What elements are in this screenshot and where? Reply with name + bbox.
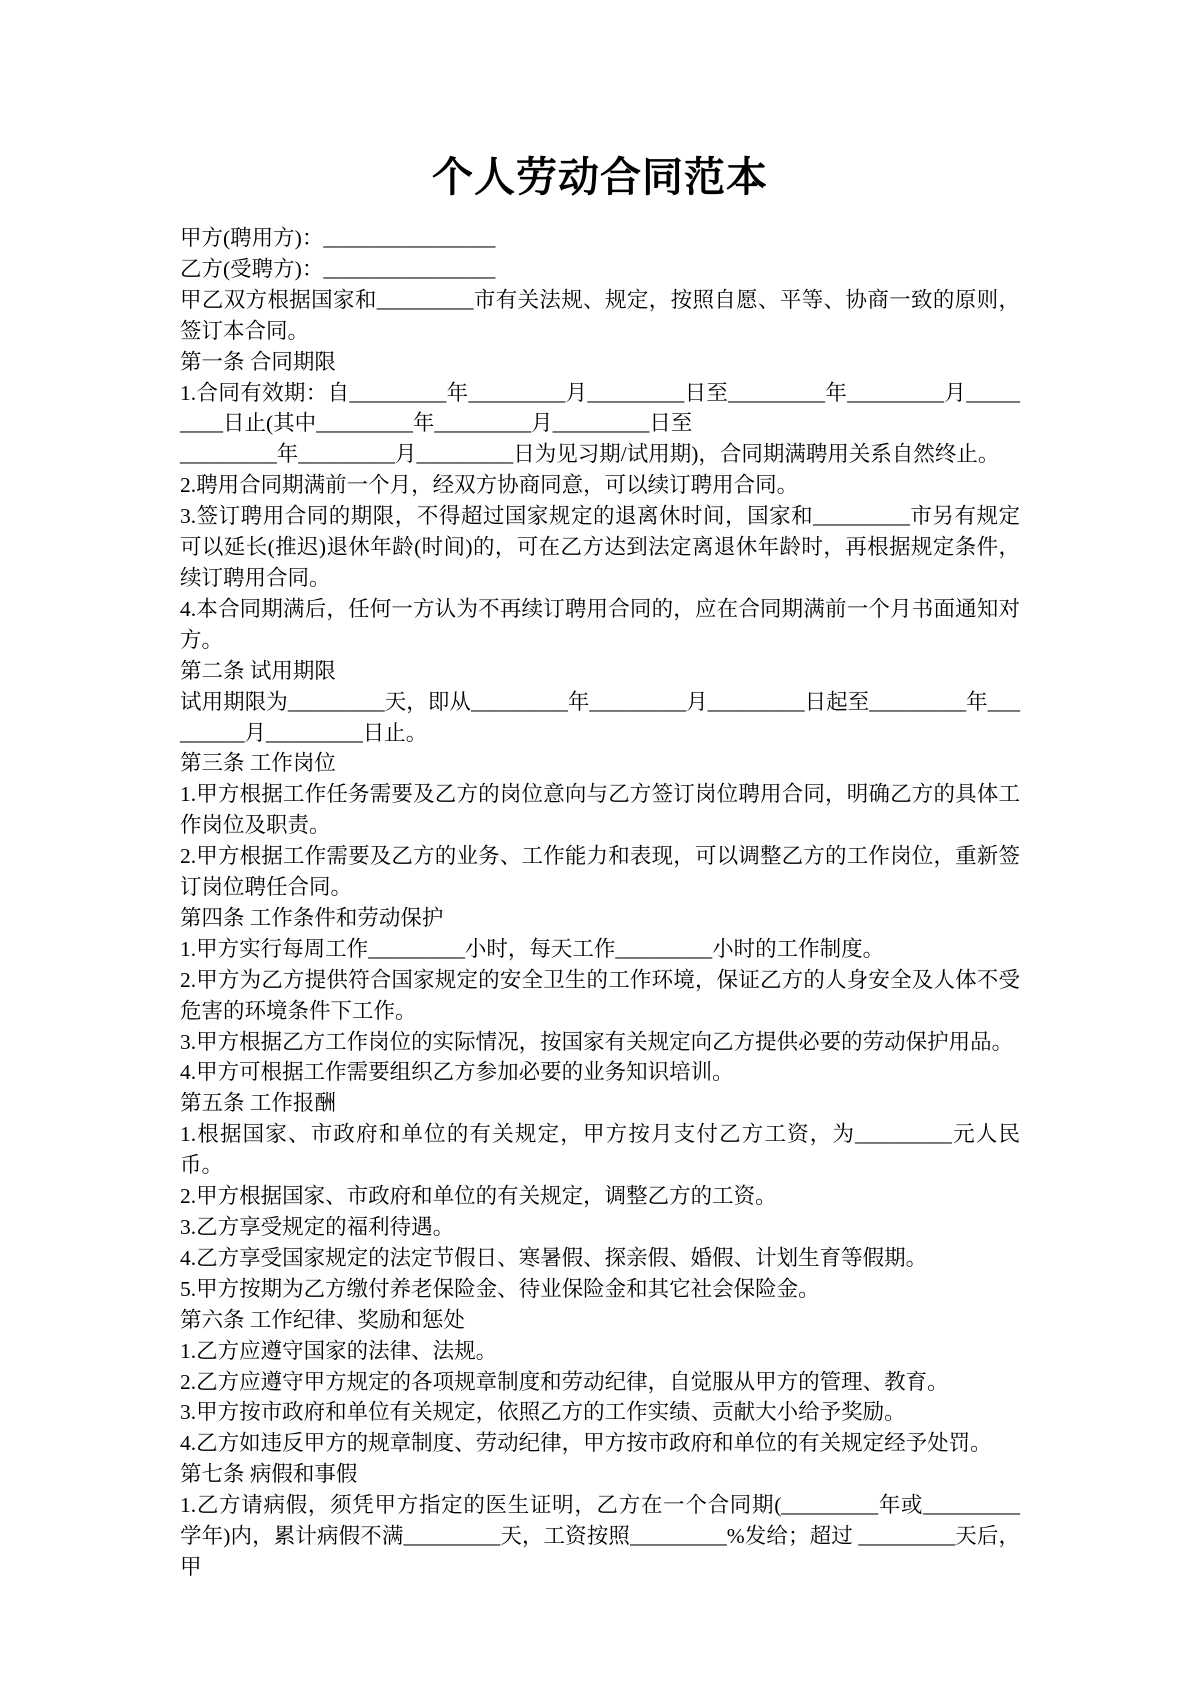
section-7-heading: 第七条 病假和事假 [180,1459,1020,1490]
section-4-clause-3: 3.甲方根据乙方工作岗位的实际情况，按国家有关规定向乙方提供必要的劳动保护用品。 [180,1027,1020,1058]
section-5-clause-1: 1.根据国家、市政府和单位的有关规定，甲方按月支付乙方工资，为_________… [180,1119,1020,1181]
section-3-clause-2: 2.甲方根据工作需要及乙方的业务、工作能力和表现，可以调整乙方的工作岗位，重新签… [180,841,1020,903]
section-6-clause-1: 1.乙方应遵守国家的法律、法规。 [180,1336,1020,1367]
section-4-heading: 第四条 工作条件和劳动保护 [180,903,1020,934]
section-6-clause-2: 2.乙方应遵守甲方规定的各项规章制度和劳动纪律，自觉服从甲方的管理、教育。 [180,1367,1020,1398]
section-3-clause-1: 1.甲方根据工作任务需要及乙方的岗位意向与乙方签订岗位聘用合同，明确乙方的具体工… [180,779,1020,841]
section-7-clause-1: 1.乙方请病假，须凭甲方指定的医生证明，乙方在一个合同期(_________年或… [180,1490,1020,1583]
section-6-clause-3: 3.甲方按市政府和单位有关规定，依照乙方的工作实绩、贡献大小给予奖励。 [180,1397,1020,1428]
section-6-clause-4: 4.乙方如违反甲方的规章制度、劳动纪律，甲方按市政府和单位的有关规定经予处罚。 [180,1428,1020,1459]
section-5-clause-3: 3.乙方享受规定的福利待遇。 [180,1212,1020,1243]
section-4-clause-1: 1.甲方实行每周工作_________小时，每天工作_________小时的工作… [180,934,1020,965]
section-1-clause-1: 1.合同有效期：自_________年_________月_________日至… [180,378,1020,471]
section-2-clause-1: 试用期限为_________天，即从_________年_________月__… [180,687,1020,749]
section-5-clause-4: 4.乙方享受国家规定的法定节假日、寒暑假、探亲假、婚假、计划生育等假期。 [180,1243,1020,1274]
section-6-heading: 第六条 工作纪律、奖励和惩处 [180,1305,1020,1336]
section-5-clause-5: 5.甲方按期为乙方缴付养老保险金、待业保险金和其它社会保险金。 [180,1274,1020,1305]
contract-document-page: 个人劳动合同范本 甲方(聘用方)：________________ 乙方(受聘方… [0,0,1190,1683]
document-body: 甲方(聘用方)：________________ 乙方(受聘方)：_______… [180,223,1020,1583]
section-3-heading: 第三条 工作岗位 [180,748,1020,779]
section-5-heading: 第五条 工作报酬 [180,1088,1020,1119]
party-a-line: 甲方(聘用方)：________________ [180,223,1020,254]
section-4-clause-2: 2.甲方为乙方提供符合国家规定的安全卫生的工作环境，保证乙方的人身安全及人体不受… [180,965,1020,1027]
section-1-clause-2: 2.聘用合同期满前一个月，经双方协商同意，可以续订聘用合同。 [180,470,1020,501]
section-1-heading: 第一条 合同期限 [180,347,1020,378]
party-b-line: 乙方(受聘方)：________________ [180,254,1020,285]
section-1-clause-4: 4.本合同期满后，任何一方认为不再续订聘用合同的，应在合同期满前一个月书面通知对… [180,594,1020,656]
section-4-clause-4: 4.甲方可根据工作需要组织乙方参加必要的业务知识培训。 [180,1057,1020,1088]
section-5-clause-2: 2.甲方根据国家、市政府和单位的有关规定，调整乙方的工资。 [180,1181,1020,1212]
section-2-heading: 第二条 试用期限 [180,656,1020,687]
section-1-clause-3: 3.签订聘用合同的期限，不得超过国家规定的退离休时间，国家和_________市… [180,501,1020,594]
preamble: 甲乙双方根据国家和_________市有关法规、规定，按照自愿、平等、协商一致的… [180,285,1020,347]
document-title: 个人劳动合同范本 [180,150,1020,204]
